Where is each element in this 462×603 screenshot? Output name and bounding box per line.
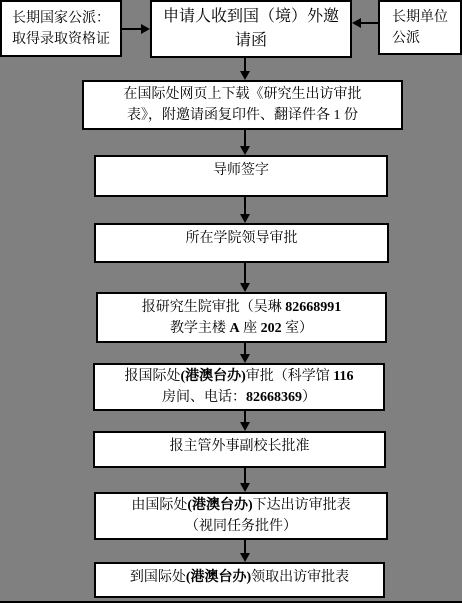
node-long-term-unit-dispatch: 长期单位公派 bbox=[378, 0, 462, 55]
flowchart-canvas: 长期国家公派：取得录取资格证 申请人收到国（境）外邀请函 长期单位公派 在国际处… bbox=[0, 0, 462, 603]
arrow-issue-to-collect-line bbox=[244, 540, 246, 553]
arrow-gradschool-to-intloffice-head-icon bbox=[240, 354, 250, 363]
arrow-tutor-to-college-line bbox=[244, 197, 246, 214]
arrow-download-to-tutor-head-icon bbox=[240, 146, 250, 155]
node-vice-president-approval: 报主管外事副校长批准 bbox=[93, 431, 386, 468]
arrow-state-dispatch-to-invitation-head-icon bbox=[141, 24, 150, 34]
arrow-college-to-gradschool-head-icon bbox=[240, 283, 250, 292]
node-college-leader-approval: 所在学院领导审批 bbox=[94, 223, 389, 263]
arrow-tutor-to-college-head-icon bbox=[240, 214, 250, 223]
arrow-vp-to-issue-head-icon bbox=[240, 483, 250, 492]
arrow-unit-dispatch-to-invitation-line bbox=[360, 22, 378, 24]
arrow-state-dispatch-to-invitation-line bbox=[122, 28, 142, 30]
arrow-college-to-gradschool-line bbox=[244, 263, 246, 283]
arrow-intloffice-to-vp-line bbox=[244, 411, 246, 422]
arrow-gradschool-to-intloffice-line bbox=[244, 343, 246, 354]
node-international-office-approval: 报国际处(港澳台办)审批（科学馆 116房间、电话：82668369） bbox=[93, 363, 385, 411]
arrow-vp-to-issue-line bbox=[244, 468, 246, 483]
arrow-issue-to-collect-head-icon bbox=[240, 553, 250, 562]
node-issue-approval-form: 由国际处(港澳台办)下达出访审批表（视同任务批件） bbox=[94, 492, 388, 540]
node-long-term-state-dispatch: 长期国家公派：取得录取资格证 bbox=[0, 0, 122, 57]
arrow-invitation-to-download-head-icon bbox=[240, 71, 250, 80]
arrow-invitation-to-download-line bbox=[244, 58, 246, 71]
node-invitation-received: 申请人收到国（境）外邀请函 bbox=[150, 0, 352, 58]
arrow-unit-dispatch-to-invitation-head-icon bbox=[352, 18, 361, 28]
node-tutor-signature: 导师签字 bbox=[94, 155, 388, 197]
arrow-intloffice-to-vp-head-icon bbox=[240, 422, 250, 431]
arrow-download-to-tutor-line bbox=[244, 130, 246, 146]
node-download-approval-form: 在国际处网页上下载《研究生出访审批表》，附邀请函复印件、翻译件各 1 份 bbox=[82, 80, 403, 130]
node-graduate-school-approval: 报研究生院审批（吴琳 82668991教学主楼 A 座 202 室） bbox=[96, 292, 387, 343]
node-collect-approval-form: 到国际处(港澳台办)领取出访审批表 bbox=[94, 562, 385, 598]
